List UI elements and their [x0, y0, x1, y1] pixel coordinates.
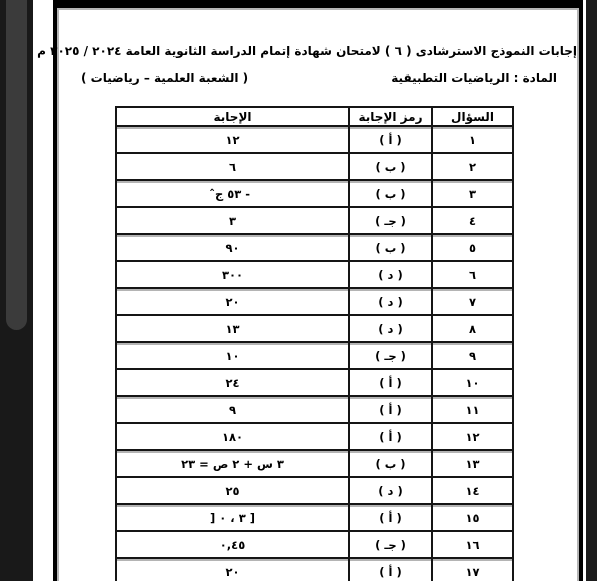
answer-cell: ٩ [116, 396, 349, 423]
answer-cell: ٦ [116, 153, 349, 180]
document-title: إجابات النموذج الاسترشادى ( ٦ ) لامتحان … [59, 43, 577, 59]
answer-code-cell: ( أ ) [349, 126, 432, 153]
table-row: ٥ ( ب ) ٩٠ [116, 234, 513, 261]
question-number-cell: ١٥ [432, 504, 513, 531]
document-subtitle: المادة : الرياضيات التطبيقية ( الشعبة ال… [59, 70, 577, 86]
question-number-cell: ١٤ [432, 477, 513, 504]
answer-code-cell: ( د ) [349, 288, 432, 315]
answer-cell: ٢٥ [116, 477, 349, 504]
answer-code-cell: ( أ ) [349, 396, 432, 423]
answer-code-cell: ( أ ) [349, 423, 432, 450]
question-number-cell: ١ [432, 126, 513, 153]
page-content: إجابات النموذج الاسترشادى ( ٦ ) لامتحان … [57, 8, 579, 581]
answer-cell: ⁦] ٣ ، ٠ ]⁩ [116, 504, 349, 531]
table-row: ٨ ( د ) ١٣ [116, 315, 513, 342]
answer-code-cell: ( جـ ) [349, 531, 432, 558]
table-row: ١٦ ( جـ ) ٠,٤٥ [116, 531, 513, 558]
document-viewer: إجابات النموذج الاسترشادى ( ٦ ) لامتحان … [0, 0, 597, 581]
answer-code-cell: ( أ ) [349, 504, 432, 531]
question-number-cell: ٥ [432, 234, 513, 261]
answer-code-cell: ( د ) [349, 315, 432, 342]
question-number-cell: ١٢ [432, 423, 513, 450]
question-number-cell: ١٠ [432, 369, 513, 396]
answer-cell: ٢٠ [116, 558, 349, 581]
answer-cell: ٣٠٠ [116, 261, 349, 288]
answer-table-body: ١ ( أ ) ١٢ ٢ ( ب ) ٦ ٣ ( ب ) - ٥٣ ج̂ ٤ (… [116, 126, 513, 581]
answer-cell: ٣ [116, 207, 349, 234]
answer-cell: ٢٠ [116, 288, 349, 315]
scrollbar-thumb[interactable] [6, 0, 27, 330]
answer-cell: ١٨٠ [116, 423, 349, 450]
document-page: إجابات النموذج الاسترشادى ( ٦ ) لامتحان … [33, 0, 586, 581]
column-header-answer-code: رمز الإجابة [349, 107, 432, 126]
table-row: ٩ ( جـ ) ١٠ [116, 342, 513, 369]
answers-table: السؤال رمز الإجابة الإجابة ١ ( أ ) ١٢ ٢ … [115, 106, 514, 581]
answer-cell: ٩٠ [116, 234, 349, 261]
answer-code-cell: ( أ ) [349, 558, 432, 581]
answer-code-cell: ( ب ) [349, 180, 432, 207]
answer-code-cell: ( أ ) [349, 369, 432, 396]
column-header-question: السؤال [432, 107, 513, 126]
table-row: ٢ ( ب ) ٦ [116, 153, 513, 180]
table-row: ١١ ( أ ) ٩ [116, 396, 513, 423]
question-number-cell: ١١ [432, 396, 513, 423]
table-row: ١٠ ( أ ) ٢٤ [116, 369, 513, 396]
answer-code-cell: ( د ) [349, 261, 432, 288]
answer-code-cell: ( د ) [349, 477, 432, 504]
answer-code-cell: ( ب ) [349, 234, 432, 261]
question-number-cell: ١٧ [432, 558, 513, 581]
table-header-row: السؤال رمز الإجابة الإجابة [116, 107, 513, 126]
answer-cell: ١٠ [116, 342, 349, 369]
question-number-cell: ١٣ [432, 450, 513, 477]
page-border-frame: إجابات النموذج الاسترشادى ( ٦ ) لامتحان … [53, 0, 583, 581]
table-row: ١٢ ( أ ) ١٨٠ [116, 423, 513, 450]
scrollbar[interactable] [0, 0, 33, 581]
question-number-cell: ٢ [432, 153, 513, 180]
question-number-cell: ٤ [432, 207, 513, 234]
question-number-cell: ٩ [432, 342, 513, 369]
answer-cell: ١٢ [116, 126, 349, 153]
question-number-cell: ١٦ [432, 531, 513, 558]
table-row: ١٣ ( ب ) ٣ س + ٢ ص = ٢٣ [116, 450, 513, 477]
answer-cell: ٣ س + ٢ ص = ٢٣ [116, 450, 349, 477]
answer-code-cell: ( ب ) [349, 450, 432, 477]
column-header-answer: الإجابة [116, 107, 349, 126]
table-row: ٧ ( د ) ٢٠ [116, 288, 513, 315]
subject-label: المادة : الرياضيات التطبيقية [391, 70, 557, 86]
answer-code-cell: ( جـ ) [349, 342, 432, 369]
table-row: ١٧ ( أ ) ٢٠ [116, 558, 513, 581]
answer-cell: ٢٤ [116, 369, 349, 396]
viewer-background [586, 0, 597, 581]
table-row: ١٥ ( أ ) ⁦] ٣ ، ٠ ]⁩ [116, 504, 513, 531]
table-row: ١ ( أ ) ١٢ [116, 126, 513, 153]
question-number-cell: ٦ [432, 261, 513, 288]
section-label: ( الشعبة العلمية – رياضيات ) [81, 70, 248, 86]
question-number-cell: ٧ [432, 288, 513, 315]
answer-code-cell: ( ب ) [349, 153, 432, 180]
question-number-cell: ٨ [432, 315, 513, 342]
table-row: ٤ ( جـ ) ٣ [116, 207, 513, 234]
answer-cell: ١٣ [116, 315, 349, 342]
answer-code-cell: ( جـ ) [349, 207, 432, 234]
table-row: ٦ ( د ) ٣٠٠ [116, 261, 513, 288]
answer-cell: - ٥٣ ج̂ [116, 180, 349, 207]
table-row: ١٤ ( د ) ٢٥ [116, 477, 513, 504]
answer-cell: ٠,٤٥ [116, 531, 349, 558]
question-number-cell: ٣ [432, 180, 513, 207]
table-row: ٣ ( ب ) - ٥٣ ج̂ [116, 180, 513, 207]
